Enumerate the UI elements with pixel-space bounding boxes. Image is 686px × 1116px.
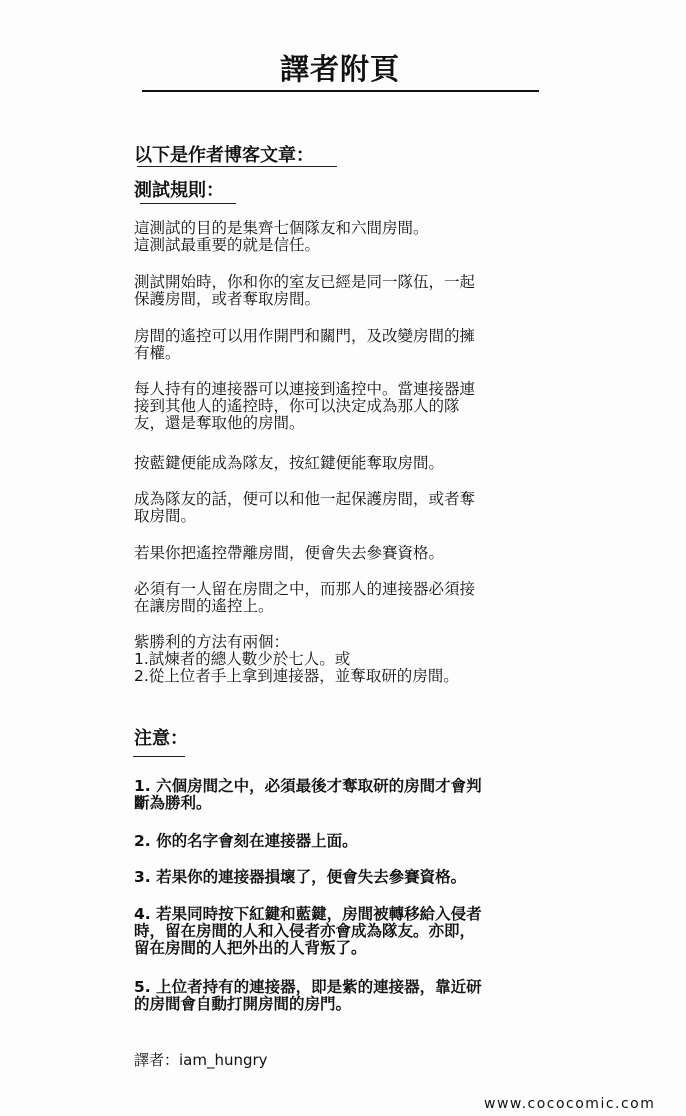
note-item: 2. 你的名字會刻在連接器上面。 <box>134 833 544 850</box>
rule-paragraph: 測試開始時，你和你的室友已經是同一隊伍，一起 保護房間，或者奪取房間。 <box>134 274 544 308</box>
note-item: 1. 六個房間之中，必須最後才奪取研的房間才會判 斷為勝利。 <box>134 778 544 812</box>
rule-paragraph: 每人持有的連接器可以連接到遙控中。當連接器連 接到其他人的遙控時，你可以決定成為… <box>134 381 544 432</box>
rule-paragraph: 紫勝利的方法有兩個： 1.試煉者的總人數少於七人。或 2.從上位者手上拿到連接器… <box>134 634 544 685</box>
translator-credit: 譯者：iam_hungry <box>134 1049 268 1070</box>
rules-heading-underline <box>140 203 236 204</box>
rule-paragraph: 按藍鍵便能成為隊友，按紅鍵便能奪取房間。 <box>134 455 544 472</box>
intro-heading: 以下是作者博客文章： <box>134 145 314 167</box>
note-item: 3. 若果你的連接器損壞了，便會失去參賽資格。 <box>134 869 544 886</box>
page-title: 譯者附頁 <box>140 50 540 88</box>
rule-paragraph: 成為隊友的話，便可以和他一起保護房間，或者奪 取房間。 <box>134 491 544 525</box>
rules-heading: 測試規則： <box>134 180 224 202</box>
rule-paragraph: 若果你把遙控帶離房間，便會失去參賽資格。 <box>134 545 544 562</box>
note-item: 4. 若果同時按下紅鍵和藍鍵，房間被轉移給入侵者 時，留在房間的人和入侵者亦會成… <box>134 906 544 957</box>
rule-paragraph: 這測試的目的是集齊七個隊友和六間房間。 這測試最重要的就是信任。 <box>134 220 544 254</box>
notes-heading-underline <box>133 756 185 757</box>
rule-paragraph: 房間的遙控可以用作開門和關門，及改變房間的擁 有權。 <box>134 328 544 362</box>
notes-heading: 注意： <box>134 728 188 750</box>
title-underline <box>142 90 539 92</box>
note-item: 5. 上位者持有的連接器，即是紫的連接器，靠近研 的房間會自動打開房間的房門。 <box>134 979 544 1013</box>
site-watermark: www.cococomic.com <box>484 1096 655 1112</box>
rule-paragraph: 必須有一人留在房間之中，而那人的連接器必須接 在讓房間的遙控上。 <box>134 581 544 615</box>
intro-heading-underline <box>137 166 337 167</box>
